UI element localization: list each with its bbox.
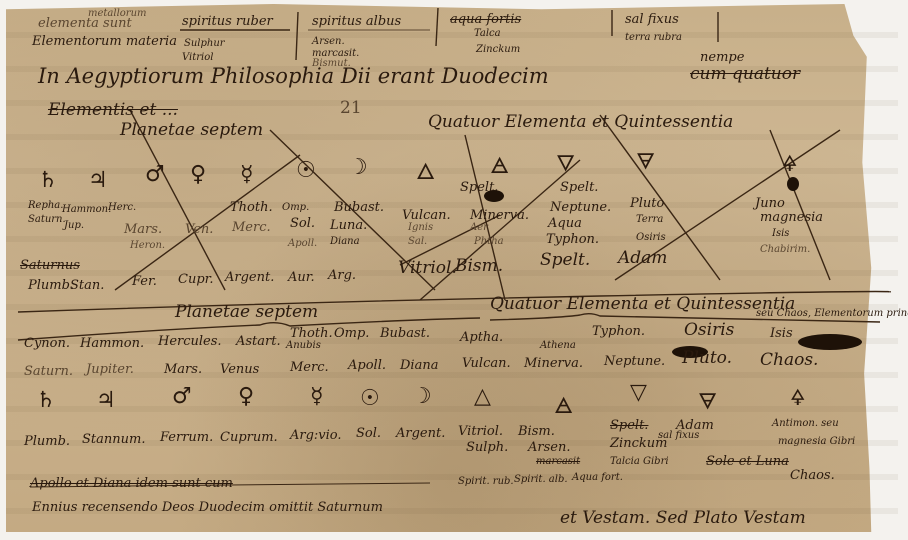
god-name: Omp. [282, 202, 309, 213]
metal-name: Sulph. [466, 440, 508, 455]
metal-name: Arg. [328, 268, 356, 283]
moon-symbol-icon: ☽ [412, 384, 432, 409]
venus-symbol-icon: ♀ [190, 162, 206, 187]
sun-symbol-icon: ☉ [360, 386, 380, 411]
god-name: Aqua [548, 216, 582, 231]
struck-metal: Saturnus [20, 258, 80, 273]
god-name: Vulcan. [462, 356, 511, 371]
god-name: Diana [400, 358, 438, 373]
table-cell: Sulphur [184, 38, 225, 49]
metal-name: Argent. [225, 270, 274, 285]
god-name: Saturn. [24, 364, 73, 379]
god-name: Osiris [636, 232, 666, 243]
metal-name: Plumb. [28, 278, 74, 293]
label-planets-lower: Planetae septem [175, 302, 318, 322]
table-cell: elementa sunt [38, 16, 132, 31]
god-name: Typhon. [546, 232, 599, 247]
god-name: Terra [636, 214, 663, 225]
god-name: Mars. [164, 362, 202, 377]
god-name: Merc. [232, 220, 271, 235]
god-name: Hammon. [80, 336, 144, 351]
metal-name: Bism. [455, 256, 503, 276]
metal-name: Vitriol. [458, 424, 503, 439]
footer-line: et Vestam. Sed Plato Vestam [560, 508, 806, 528]
metal-name: Ferrum. [160, 430, 213, 445]
god-name: Minerva. [470, 208, 529, 223]
spirit-label: Spirit. rub. [458, 476, 514, 487]
heading-struck: cum quatuor [690, 64, 800, 84]
god-name: Heron. [130, 240, 165, 251]
god-name: Bubast. [380, 326, 430, 341]
label-elements-lower: Quatuor Elementa et Quintessentia [490, 294, 795, 314]
water-symbol-icon: 🜄 [556, 138, 575, 184]
metal-name: Argent. [396, 426, 445, 441]
saturn-symbol-icon: ♄ [38, 168, 58, 193]
jupiter-symbol-icon: ♃ [88, 168, 108, 193]
earth-symbol-icon: 🜃 [636, 136, 655, 182]
god-name: Pluto. [682, 348, 732, 368]
label-planets-upper: Planetae septem [120, 120, 263, 140]
metal-name: marcasit [536, 456, 580, 467]
fire-symbol-icon: △ [474, 384, 491, 409]
footer-line: Ennius recensendo Deos Duodecim omittit … [32, 500, 383, 515]
footer-struck-line: Apollo et Diana idem sunt cum [30, 476, 233, 491]
struck-note: Sole et Luna [706, 454, 789, 469]
fire-symbol-icon: 🜂 [416, 146, 435, 192]
table-cell: spiritus albus [312, 14, 401, 29]
quintessence-note: seu Chaos, Elementorum principium [756, 308, 908, 319]
god-name: Mars. [124, 222, 162, 237]
table-cell: Arsen. [312, 36, 345, 47]
metal-name: Talcia Gibri [610, 456, 669, 467]
metal-name: Cupr. [178, 272, 214, 287]
table-cell: aqua fortis [450, 12, 521, 27]
god-name: Astart. [236, 334, 281, 349]
god-name: Apoll. [288, 238, 317, 249]
metal-name: Arg:vio. [290, 428, 342, 443]
moon-symbol-icon: ☽ [348, 155, 368, 180]
heading-struck-line2: Elementis et ... [48, 100, 178, 120]
god-name: Merc. [290, 360, 329, 375]
sun-symbol-icon: ☉ [296, 158, 316, 183]
air-symbol-icon: 🜁 [554, 380, 573, 426]
metal-name: Fer. [132, 274, 157, 289]
god-name: Sal. [408, 236, 427, 247]
god-name: Sol. [290, 216, 315, 231]
quintessence-symbol-icon: 🜍 [782, 138, 798, 184]
god-name: Jup. [64, 220, 84, 231]
metal-name: Spelt. [540, 250, 590, 270]
god-name: Jupiter. [86, 362, 134, 377]
metal-name: Vitriol. [398, 258, 457, 278]
metal-name: Spelt. [610, 418, 648, 433]
spirit-label: Aqua fort. [572, 472, 623, 483]
heading-line: In Aegyptiorum Philosophia Dii erant Duo… [38, 64, 549, 88]
god-name: Ignis [408, 222, 433, 233]
god-name: Neptune. [550, 200, 611, 215]
table-cell: Talca [474, 28, 501, 39]
table-cell: Elementorum materia [32, 34, 177, 49]
god-name: Ven. [185, 222, 213, 237]
god-name: Minerva. [524, 356, 583, 371]
quintessence-symbol-icon: 🜍 [790, 372, 806, 418]
god-name: Cynon. [24, 336, 70, 351]
god-name: Pluto [630, 196, 664, 211]
table-cell: terra rubra [625, 32, 682, 43]
god-name: Thoth. [290, 326, 333, 341]
annotation: Spelt. [560, 180, 598, 195]
god-name: Herc. [108, 202, 136, 213]
metal-name: magnesia Gibri [778, 436, 855, 447]
god-name: Juno [755, 196, 785, 211]
metal-name: Aur. [288, 270, 315, 285]
metal-name: Antimon. seu [772, 418, 839, 429]
spirit-label: Spirit. alb. [514, 474, 568, 485]
heading-insert: nempe [700, 50, 744, 65]
god-name: Thoth. [230, 200, 273, 215]
god-name: Hammon. [62, 204, 111, 215]
mercury-symbol-icon: ☿ [310, 384, 324, 409]
god-name: Venus [220, 362, 259, 377]
god-name: Typhon. [592, 324, 645, 339]
god-name: Aptha. [460, 330, 503, 345]
god-name: Repha. [28, 200, 63, 211]
metal-name: sal fixus [658, 430, 699, 441]
god-name: Luna. [330, 218, 367, 233]
earth-symbol-icon: 🜃 [698, 376, 717, 422]
god-name: Omp. [334, 326, 369, 341]
water-symbol-icon: ▽ [630, 380, 647, 405]
god-name: Bubast. [334, 200, 384, 215]
athena-super: Athena [540, 340, 576, 351]
metal-name: Sol. [356, 426, 381, 441]
mars-symbol-icon: ♂ [145, 162, 165, 187]
table-cell: Vitriol [182, 52, 213, 63]
metal-name: Stannum. [82, 432, 145, 447]
god-name: Aer [470, 222, 488, 233]
god-name: Phtha [474, 236, 504, 247]
god-name: Saturn. [28, 214, 66, 225]
annotation: Spelt. [460, 180, 498, 195]
table-cell: Zinckum [476, 44, 520, 55]
god-name: Isis [770, 326, 793, 341]
god-name: Vulcan. [402, 208, 451, 223]
god-name: magnesia [760, 210, 823, 225]
anubis-super: Anubis [286, 340, 321, 351]
jupiter-symbol-icon: ♃ [96, 388, 116, 413]
metal-name: Bism. [518, 424, 555, 439]
god-name: Neptune. [604, 354, 665, 369]
mars-symbol-icon: ♂ [172, 384, 192, 409]
metal-name: Adam [618, 248, 667, 268]
table-cell: sal fixus [625, 12, 679, 27]
metal-name: Stan. [70, 278, 104, 293]
venus-symbol-icon: ♀ [238, 384, 254, 409]
god-name: Diana [330, 236, 360, 247]
god-name: Chabirim. [760, 244, 810, 255]
god-name: Isis [772, 228, 789, 239]
metal-name: Arsen. [528, 440, 570, 455]
saturn-symbol-icon: ♄ [36, 388, 56, 413]
god-name: Apoll. [348, 358, 386, 373]
table-cell: spiritus ruber [182, 14, 273, 29]
metal-name: Plumb. [24, 434, 70, 449]
god-name: Hercules. [158, 334, 222, 349]
god-name: Osiris [684, 320, 734, 340]
chaos-label: Chaos. [790, 468, 835, 483]
mercury-symbol-icon: ☿ [240, 162, 254, 187]
god-name: Chaos. [760, 350, 818, 370]
page-number-annotation: 21 [340, 98, 362, 118]
metal-name: Cuprum. [220, 430, 278, 445]
label-elements-upper: Quatuor Elementa et Quintessentia [428, 112, 733, 132]
